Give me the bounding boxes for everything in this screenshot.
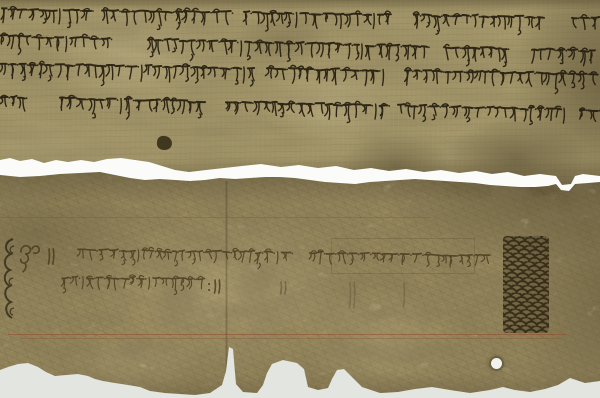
ruling-line <box>0 217 430 218</box>
faint-impression-box <box>331 238 475 274</box>
edge-scroll-ornament <box>0 236 16 328</box>
top-manuscript-fragment <box>0 0 600 188</box>
bottom-manuscript-fragment <box>0 163 600 398</box>
ruling-line <box>8 334 566 335</box>
manuscript-photo <box>0 0 600 398</box>
paper-texture-top <box>0 0 600 188</box>
scale-pattern-ornament <box>503 236 549 333</box>
wormhole <box>491 358 502 369</box>
ruling-line <box>20 338 560 339</box>
